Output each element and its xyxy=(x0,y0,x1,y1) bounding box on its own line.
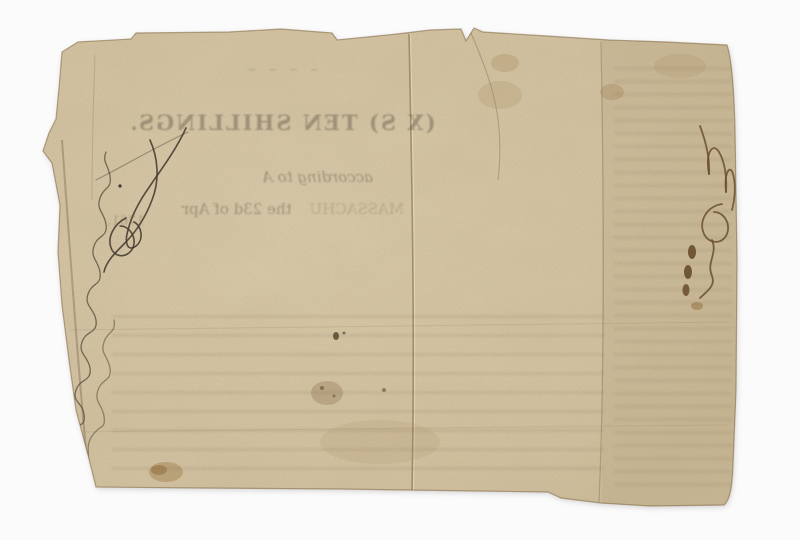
stain-lower-left-core xyxy=(151,465,167,475)
photo-canvas: ~ ~ ~ ~ (X S) TEN SHILLINGS. according t… xyxy=(0,0,800,540)
stain-top-center xyxy=(491,54,519,72)
stain-top-right xyxy=(654,54,706,78)
stain-top-center-2 xyxy=(478,81,522,109)
smudge-fleck-2 xyxy=(333,395,336,398)
smudge-fleck-1 xyxy=(320,386,324,390)
stain-right-column xyxy=(691,302,703,310)
stain-bottom-band xyxy=(320,420,440,464)
banknote-image xyxy=(0,0,800,540)
stain-upper-right xyxy=(600,84,624,100)
right-column-shade xyxy=(602,30,742,520)
ink-fleck-3 xyxy=(382,388,386,392)
smudge-center xyxy=(311,381,343,405)
ink-fleck-2 xyxy=(343,332,346,335)
ink-fleck-1 xyxy=(333,332,339,340)
